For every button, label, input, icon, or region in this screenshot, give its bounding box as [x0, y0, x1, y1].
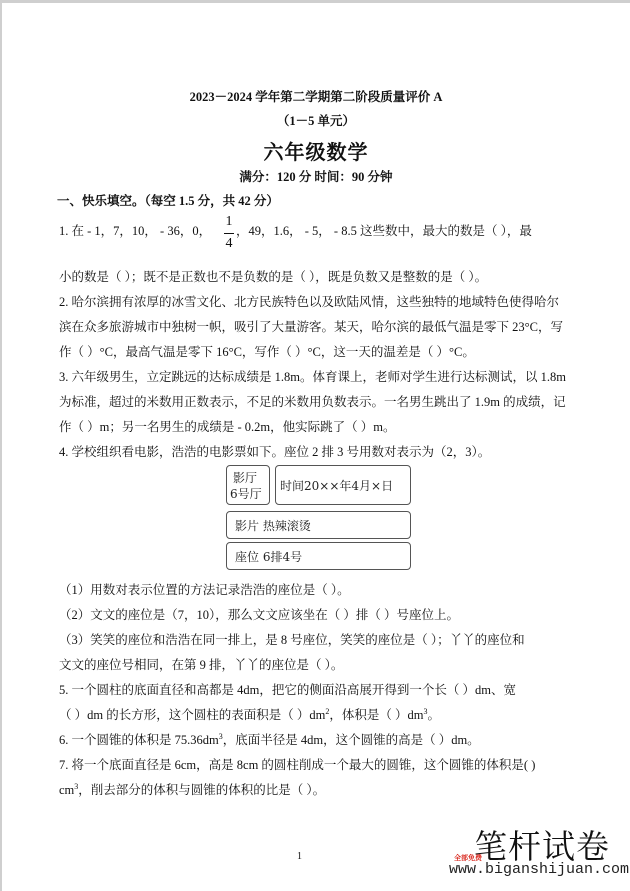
q7-line2: cm3，削去部分的体积与圆锥的体积的比是（ ）。	[59, 780, 325, 798]
q5-line1: 5. 一个圆柱的底面直径和高都是 4dm，把它的侧面沿高展开得到一个长（ ）dm…	[59, 680, 516, 698]
ticket-film-box: 影片 热辣滚烫	[226, 511, 411, 539]
fraction-numerator: 1	[224, 214, 234, 230]
q4-sub2: （2）文文的座位是（7，10），那么文文应该坐在（ ）排（ ）号座位上。	[59, 605, 459, 623]
q6-part-a: 6. 一个圆锥的体积是 75.36dm	[59, 733, 219, 747]
ticket-time-box: 时间20××年4月×日	[275, 465, 411, 505]
q7-line2-part-b: ，削去部分的体积与圆锥的体积的比是（ ）。	[78, 783, 325, 797]
fraction-bar	[224, 233, 234, 234]
q2-line3: 作（ ）°C，最高气温是零下 16°C，写作（ ）°C，这一天的温差是（ ）°C…	[59, 342, 475, 360]
ticket-hall-label: 影厅	[233, 469, 257, 486]
ticket-seat-box: 座位 6排4号	[226, 542, 411, 570]
q2-line2: 滨在众多旅游城市中独树一帜，吸引了大量游客。某天，哈尔滨的最低气温是零下 23°…	[59, 317, 563, 335]
subject-title: 六年级数学	[2, 136, 630, 165]
units-subheading: （1－5 单元）	[2, 111, 630, 129]
q1-line1-part2: ，49，1.6， - 5， - 8.5 这些数中，最大的数是（ ），最	[236, 221, 532, 239]
ticket-hall-value: 6号厅	[230, 485, 262, 502]
q2-line1: 2. 哈尔滨拥有浓厚的冰雪文化、北方民族特色以及欧陆风情，这些独特的地域特色使得…	[59, 292, 559, 310]
q1-line2: 小的数是（ ）；既不是正数也不是负数的是（ ），既是负数又是整数的是（ ）。	[59, 267, 487, 285]
q5-line2-part-a: （ ）dm 的长方形，这个圆柱的表面积是（ ）dm	[59, 708, 325, 722]
page-number: 1	[297, 851, 302, 862]
q3-line1: 3. 六年级男生，立定跳远的达标成绩是 1.8m。体育课上，老师对学生进行达标测…	[59, 367, 566, 385]
q7-line1: 7. 将一个底面直径是 6cm，高是 8cm 的圆柱削成一个最大的圆锥，这个圆锥…	[59, 755, 535, 773]
fraction-denominator: 4	[224, 236, 234, 252]
exam-term-heading: 2023－2024 学年第二学期第二阶段质量评价 A	[2, 87, 630, 105]
q5-line2-part-c: 。	[427, 708, 440, 722]
q3-line2: 为标准，超过的米数用正数表示，不足的米数用负数表示。一名男生跳出了 1.9m 的…	[59, 392, 566, 410]
q7-line2-part-a: cm	[59, 783, 74, 797]
q1-line1-part1: 1. 在 - 1，7，10， - 36，0，	[59, 221, 211, 239]
q6-part-b: ，底面半径是 4dm，这个圆锥的高是（ ）dm。	[223, 733, 480, 747]
question-6: 6. 一个圆锥的体积是 75.36dm3，底面半径是 4dm，这个圆锥的高是（ …	[59, 730, 480, 748]
watermark-url: www.biganshijuan.com	[449, 861, 629, 878]
q4-sub3-line1: （3）笑笑的座位和浩浩在同一排上，是 8 号座位，笑笑的座位是（ ）；丫丫的座位…	[59, 630, 525, 648]
exam-meta: 满分：120 分 时间：90 分钟	[2, 167, 630, 185]
ticket-time: 时间20××年4月×日	[280, 477, 393, 494]
q4-intro: 4. 学校组织看电影，浩浩的电影票如下。座位 2 排 3 号用数对表示为（2，3…	[59, 442, 490, 460]
ticket-seat: 座位 6排4号	[235, 548, 302, 565]
ticket-hall-box: 影厅 6号厅	[226, 465, 270, 505]
ticket-film: 影片 热辣滚烫	[235, 517, 311, 534]
q3-line3: 作（ ）m；另一名男生的成绩是 - 0.2m，他实际跳了（ ）m。	[59, 417, 395, 435]
exam-page: 2023－2024 学年第二学期第二阶段质量评价 A （1－5 单元） 六年级数…	[2, 3, 630, 891]
section-1-title: 一、快乐填空。（每空 1.5 分，共 42 分）	[57, 191, 279, 209]
q4-sub1: （1）用数对表示位置的方法记录浩浩的座位是（ ）。	[59, 580, 350, 598]
q5-line2-part-b: ，体积是（ ）dm	[329, 708, 423, 722]
q5-line2: （ ）dm 的长方形，这个圆柱的表面积是（ ）dm2，体积是（ ）dm3。	[59, 705, 440, 723]
q4-sub3-line2: 文文的座位号相同，在第 9 排，丫丫的座位是（ ）。	[59, 655, 343, 673]
